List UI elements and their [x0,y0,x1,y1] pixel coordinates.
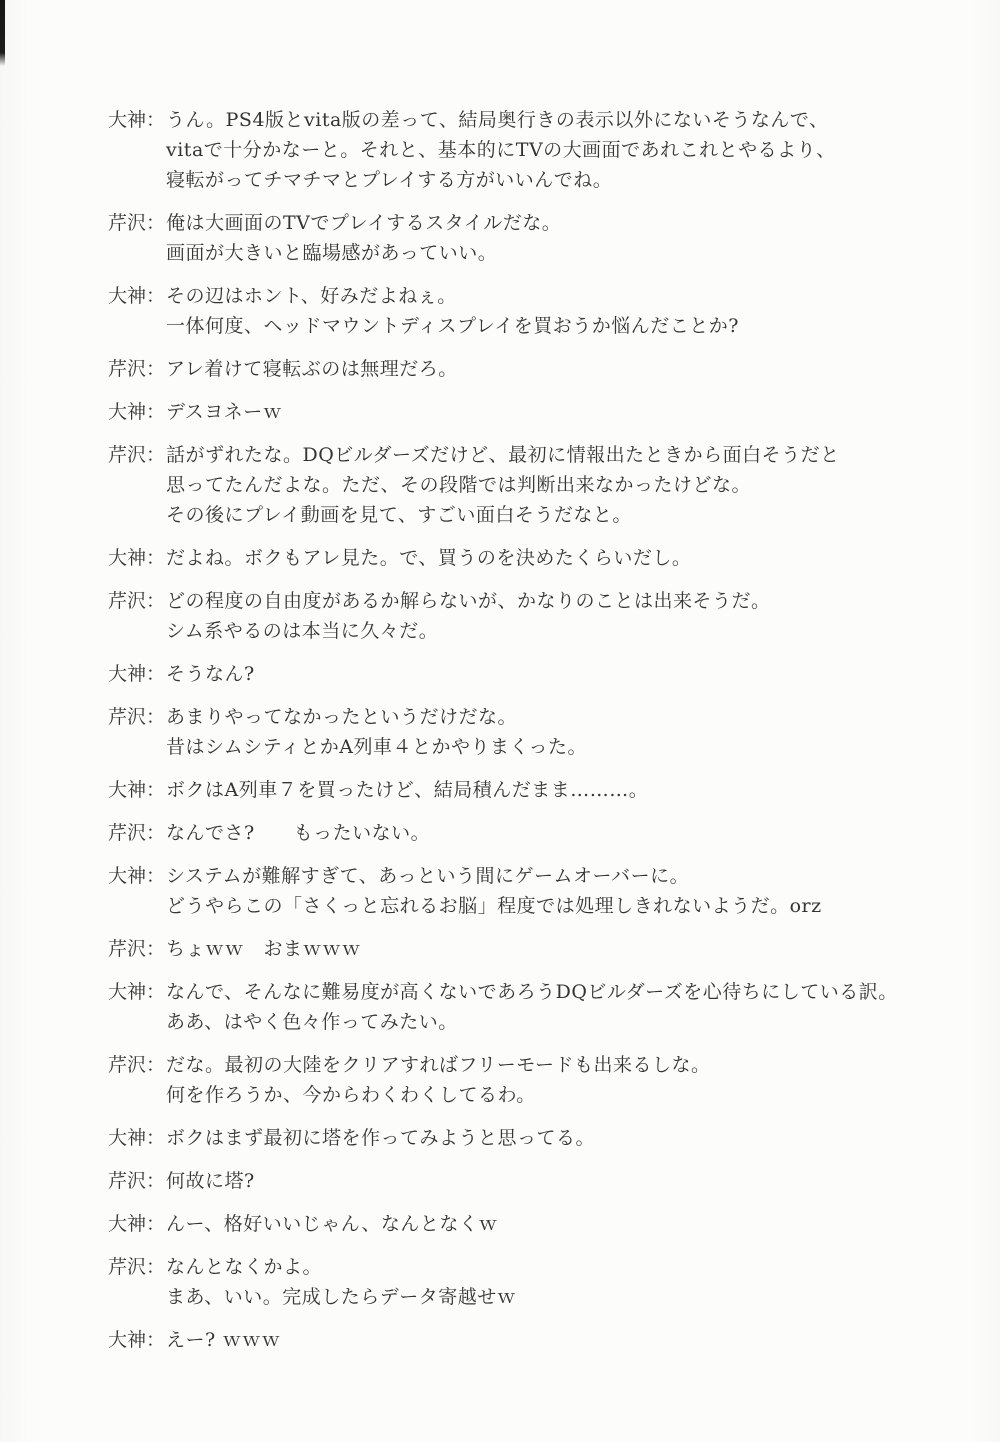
dialogue-line: システムが難解すぎて、あっという間にゲームオーバーに。 [166,861,960,891]
dialogue-line: その後にプレイ動画を見て、すごい面白そうだなと。 [166,500,960,530]
speaker-label: 大神： [108,397,166,427]
dialogue-entry: 大神： なんで、そんなに難易度が高くないであろうDQビルダーズを心待ちにしている… [108,977,960,1037]
dialogue-lines: ちょｗｗ おまｗｗｗ [166,934,960,964]
speaker-label: 大神： [108,105,166,135]
speaker-label: 大神： [108,543,166,573]
dialogue-lines: なんとなくかよ。 まあ、いい。完成したらデータ寄越せｗ [166,1252,960,1312]
document-page: 大神： うん。PS4版とvita版の差って、結局奥行きの表示以外にないそうなんで… [0,0,1000,1442]
speaker-label: 大神： [108,1123,166,1153]
speaker-label: 芹沢： [108,702,166,732]
dialogue-lines: ボクはA列車７を買ったけど、結局積んだまま………。 [166,775,960,805]
dialogue-entry: 芹沢： 話がずれたな。DQビルダーズだけど、最初に情報出たときから面白そうだと … [108,440,960,530]
dialogue-entry: 芹沢： あまりやってなかったというだけだな。 昔はシムシティとかA列車４とかやり… [108,702,960,762]
dialogue-line: えー? ｗｗｗ [166,1325,960,1355]
dialogue-line: だな。最初の大陸をクリアすればフリーモードも出来るしな。 [166,1050,960,1080]
dialogue-entry: 芹沢： なんでさ? もったいない。 [108,818,960,848]
dialogue-entry: 大神： えー? ｗｗｗ [108,1325,960,1355]
dialogue-line: どの程度の自由度があるか解らないが、かなりのことは出来そうだ。 [166,586,960,616]
dialogue-line: vitaで十分かなーと。それと、基本的にTVの大画面であれこれとやるより、 [166,135,960,165]
dialogue-entry: 大神： んー、格好いいじゃん、なんとなくｗ [108,1209,960,1239]
dialogue-line: んー、格好いいじゃん、なんとなくｗ [166,1209,960,1239]
dialogue-line: 昔はシムシティとかA列車４とかやりまくった。 [166,732,960,762]
dialogue-lines: なんでさ? もったいない。 [166,818,960,848]
speaker-label: 大神： [108,977,166,1007]
dialogue-lines: その辺はホント、好みだよねぇ。 一体何度、ヘッドマウントディスプレイを買おうか悩… [166,281,960,341]
dialogue-lines: だよね。ボクもアレ見た。で、買うのを決めたくらいだし。 [166,543,960,573]
speaker-label: 芹沢： [108,440,166,470]
dialogue-line: 思ってたんだよな。ただ、その段階では判断出来なかったけどな。 [166,470,960,500]
speaker-label: 芹沢： [108,1252,166,1282]
speaker-label: 大神： [108,1325,166,1355]
dialogue-entry: 大神： そうなん? [108,659,960,689]
speaker-label: 芹沢： [108,354,166,384]
dialogue-line: ボクはまず最初に塔を作ってみようと思ってる。 [166,1123,960,1153]
dialogue-entry: 大神： その辺はホント、好みだよねぇ。 一体何度、ヘッドマウントディスプレイを買… [108,281,960,341]
dialogue-line: ちょｗｗ おまｗｗｗ [166,934,960,964]
dialogue-entry: 大神： うん。PS4版とvita版の差って、結局奥行きの表示以外にないそうなんで… [108,105,960,195]
dialogue-lines: んー、格好いいじゃん、なんとなくｗ [166,1209,960,1239]
dialogue-lines: システムが難解すぎて、あっという間にゲームオーバーに。 どうやらこの「さくっと忘… [166,861,960,921]
dialogue-lines: 話がずれたな。DQビルダーズだけど、最初に情報出たときから面白そうだと 思ってた… [166,440,960,530]
dialogue-entry: 大神： システムが難解すぎて、あっという間にゲームオーバーに。 どうやらこの「さ… [108,861,960,921]
scan-artifact-mark [0,0,5,66]
dialogue-line: 寝転がってチマチマとプレイする方がいいんでね。 [166,165,960,195]
dialogue-entry: 芹沢： ちょｗｗ おまｗｗｗ [108,934,960,964]
dialogue-entry: 大神： ボクはまず最初に塔を作ってみようと思ってる。 [108,1123,960,1153]
dialogue-lines: デスヨネーｗ [166,397,960,427]
dialogue-line: 俺は大画面のTVでプレイするスタイルだな。 [166,208,960,238]
dialogue-entry: 芹沢： 俺は大画面のTVでプレイするスタイルだな。 画面が大きいと臨場感があって… [108,208,960,268]
dialogue-line: 一体何度、ヘッドマウントディスプレイを買おうか悩んだことか? [166,311,960,341]
speaker-label: 芹沢： [108,208,166,238]
dialogue-line: ボクはA列車７を買ったけど、結局積んだまま………。 [166,775,960,805]
dialogue-lines: ボクはまず最初に塔を作ってみようと思ってる。 [166,1123,960,1153]
dialogue-entry: 大神： デスヨネーｗ [108,397,960,427]
dialogue-lines: 俺は大画面のTVでプレイするスタイルだな。 画面が大きいと臨場感があっていい。 [166,208,960,268]
dialogue-lines: 何故に塔? [166,1166,960,1196]
dialogue-lines: えー? ｗｗｗ [166,1325,960,1355]
dialogue-line: なんで、そんなに難易度が高くないであろうDQビルダーズを心待ちにしている訳。 [166,977,960,1007]
dialogue-line: 画面が大きいと臨場感があっていい。 [166,238,960,268]
speaker-label: 芹沢： [108,1050,166,1080]
speaker-label: 芹沢： [108,934,166,964]
dialogue-entry: 大神： ボクはA列車７を買ったけど、結局積んだまま………。 [108,775,960,805]
dialogue-lines: だな。最初の大陸をクリアすればフリーモードも出来るしな。 何を作ろうか、今からわ… [166,1050,960,1110]
dialogue-lines: アレ着けて寝転ぶのは無理だろ。 [166,354,960,384]
dialogue-line: なんとなくかよ。 [166,1252,960,1282]
speaker-label: 大神： [108,861,166,891]
dialogue-lines: そうなん? [166,659,960,689]
dialogue-line: 何故に塔? [166,1166,960,1196]
dialogue-line: デスヨネーｗ [166,397,960,427]
speaker-label: 大神： [108,1209,166,1239]
dialogue-line: シム系やるのは本当に久々だ。 [166,616,960,646]
dialogue-lines: うん。PS4版とvita版の差って、結局奥行きの表示以外にないそうなんで、 vi… [166,105,960,195]
dialogue-line: うん。PS4版とvita版の差って、結局奥行きの表示以外にないそうなんで、 [166,105,960,135]
dialogue-line: その辺はホント、好みだよねぇ。 [166,281,960,311]
dialogue-line: なんでさ? もったいない。 [166,818,960,848]
dialogue-line: そうなん? [166,659,960,689]
dialogue-line: ああ、はやく色々作ってみたい。 [166,1007,960,1037]
dialogue-transcript: 大神： うん。PS4版とvita版の差って、結局奥行きの表示以外にないそうなんで… [108,105,960,1368]
speaker-label: 大神： [108,281,166,311]
dialogue-entry: 芹沢： どの程度の自由度があるか解らないが、かなりのことは出来そうだ。 シム系や… [108,586,960,646]
speaker-label: 大神： [108,659,166,689]
speaker-label: 大神： [108,775,166,805]
dialogue-lines: あまりやってなかったというだけだな。 昔はシムシティとかA列車４とかやりまくった… [166,702,960,762]
dialogue-line: あまりやってなかったというだけだな。 [166,702,960,732]
dialogue-line: 何を作ろうか、今からわくわくしてるわ。 [166,1080,960,1110]
dialogue-lines: なんで、そんなに難易度が高くないであろうDQビルダーズを心待ちにしている訳。 あ… [166,977,960,1037]
dialogue-entry: 芹沢： 何故に塔? [108,1166,960,1196]
dialogue-entry: 芹沢： アレ着けて寝転ぶのは無理だろ。 [108,354,960,384]
speaker-label: 芹沢： [108,586,166,616]
dialogue-line: アレ着けて寝転ぶのは無理だろ。 [166,354,960,384]
dialogue-line: まあ、いい。完成したらデータ寄越せｗ [166,1282,960,1312]
speaker-label: 芹沢： [108,1166,166,1196]
dialogue-entry: 芹沢： なんとなくかよ。 まあ、いい。完成したらデータ寄越せｗ [108,1252,960,1312]
dialogue-line: だよね。ボクもアレ見た。で、買うのを決めたくらいだし。 [166,543,960,573]
dialogue-entry: 芹沢： だな。最初の大陸をクリアすればフリーモードも出来るしな。 何を作ろうか、… [108,1050,960,1110]
dialogue-lines: どの程度の自由度があるか解らないが、かなりのことは出来そうだ。 シム系やるのは本… [166,586,960,646]
dialogue-line: 話がずれたな。DQビルダーズだけど、最初に情報出たときから面白そうだと [166,440,960,470]
dialogue-line: どうやらこの「さくっと忘れるお脳」程度では処理しきれないようだ。orz [166,891,960,921]
speaker-label: 芹沢： [108,818,166,848]
dialogue-entry: 大神： だよね。ボクもアレ見た。で、買うのを決めたくらいだし。 [108,543,960,573]
